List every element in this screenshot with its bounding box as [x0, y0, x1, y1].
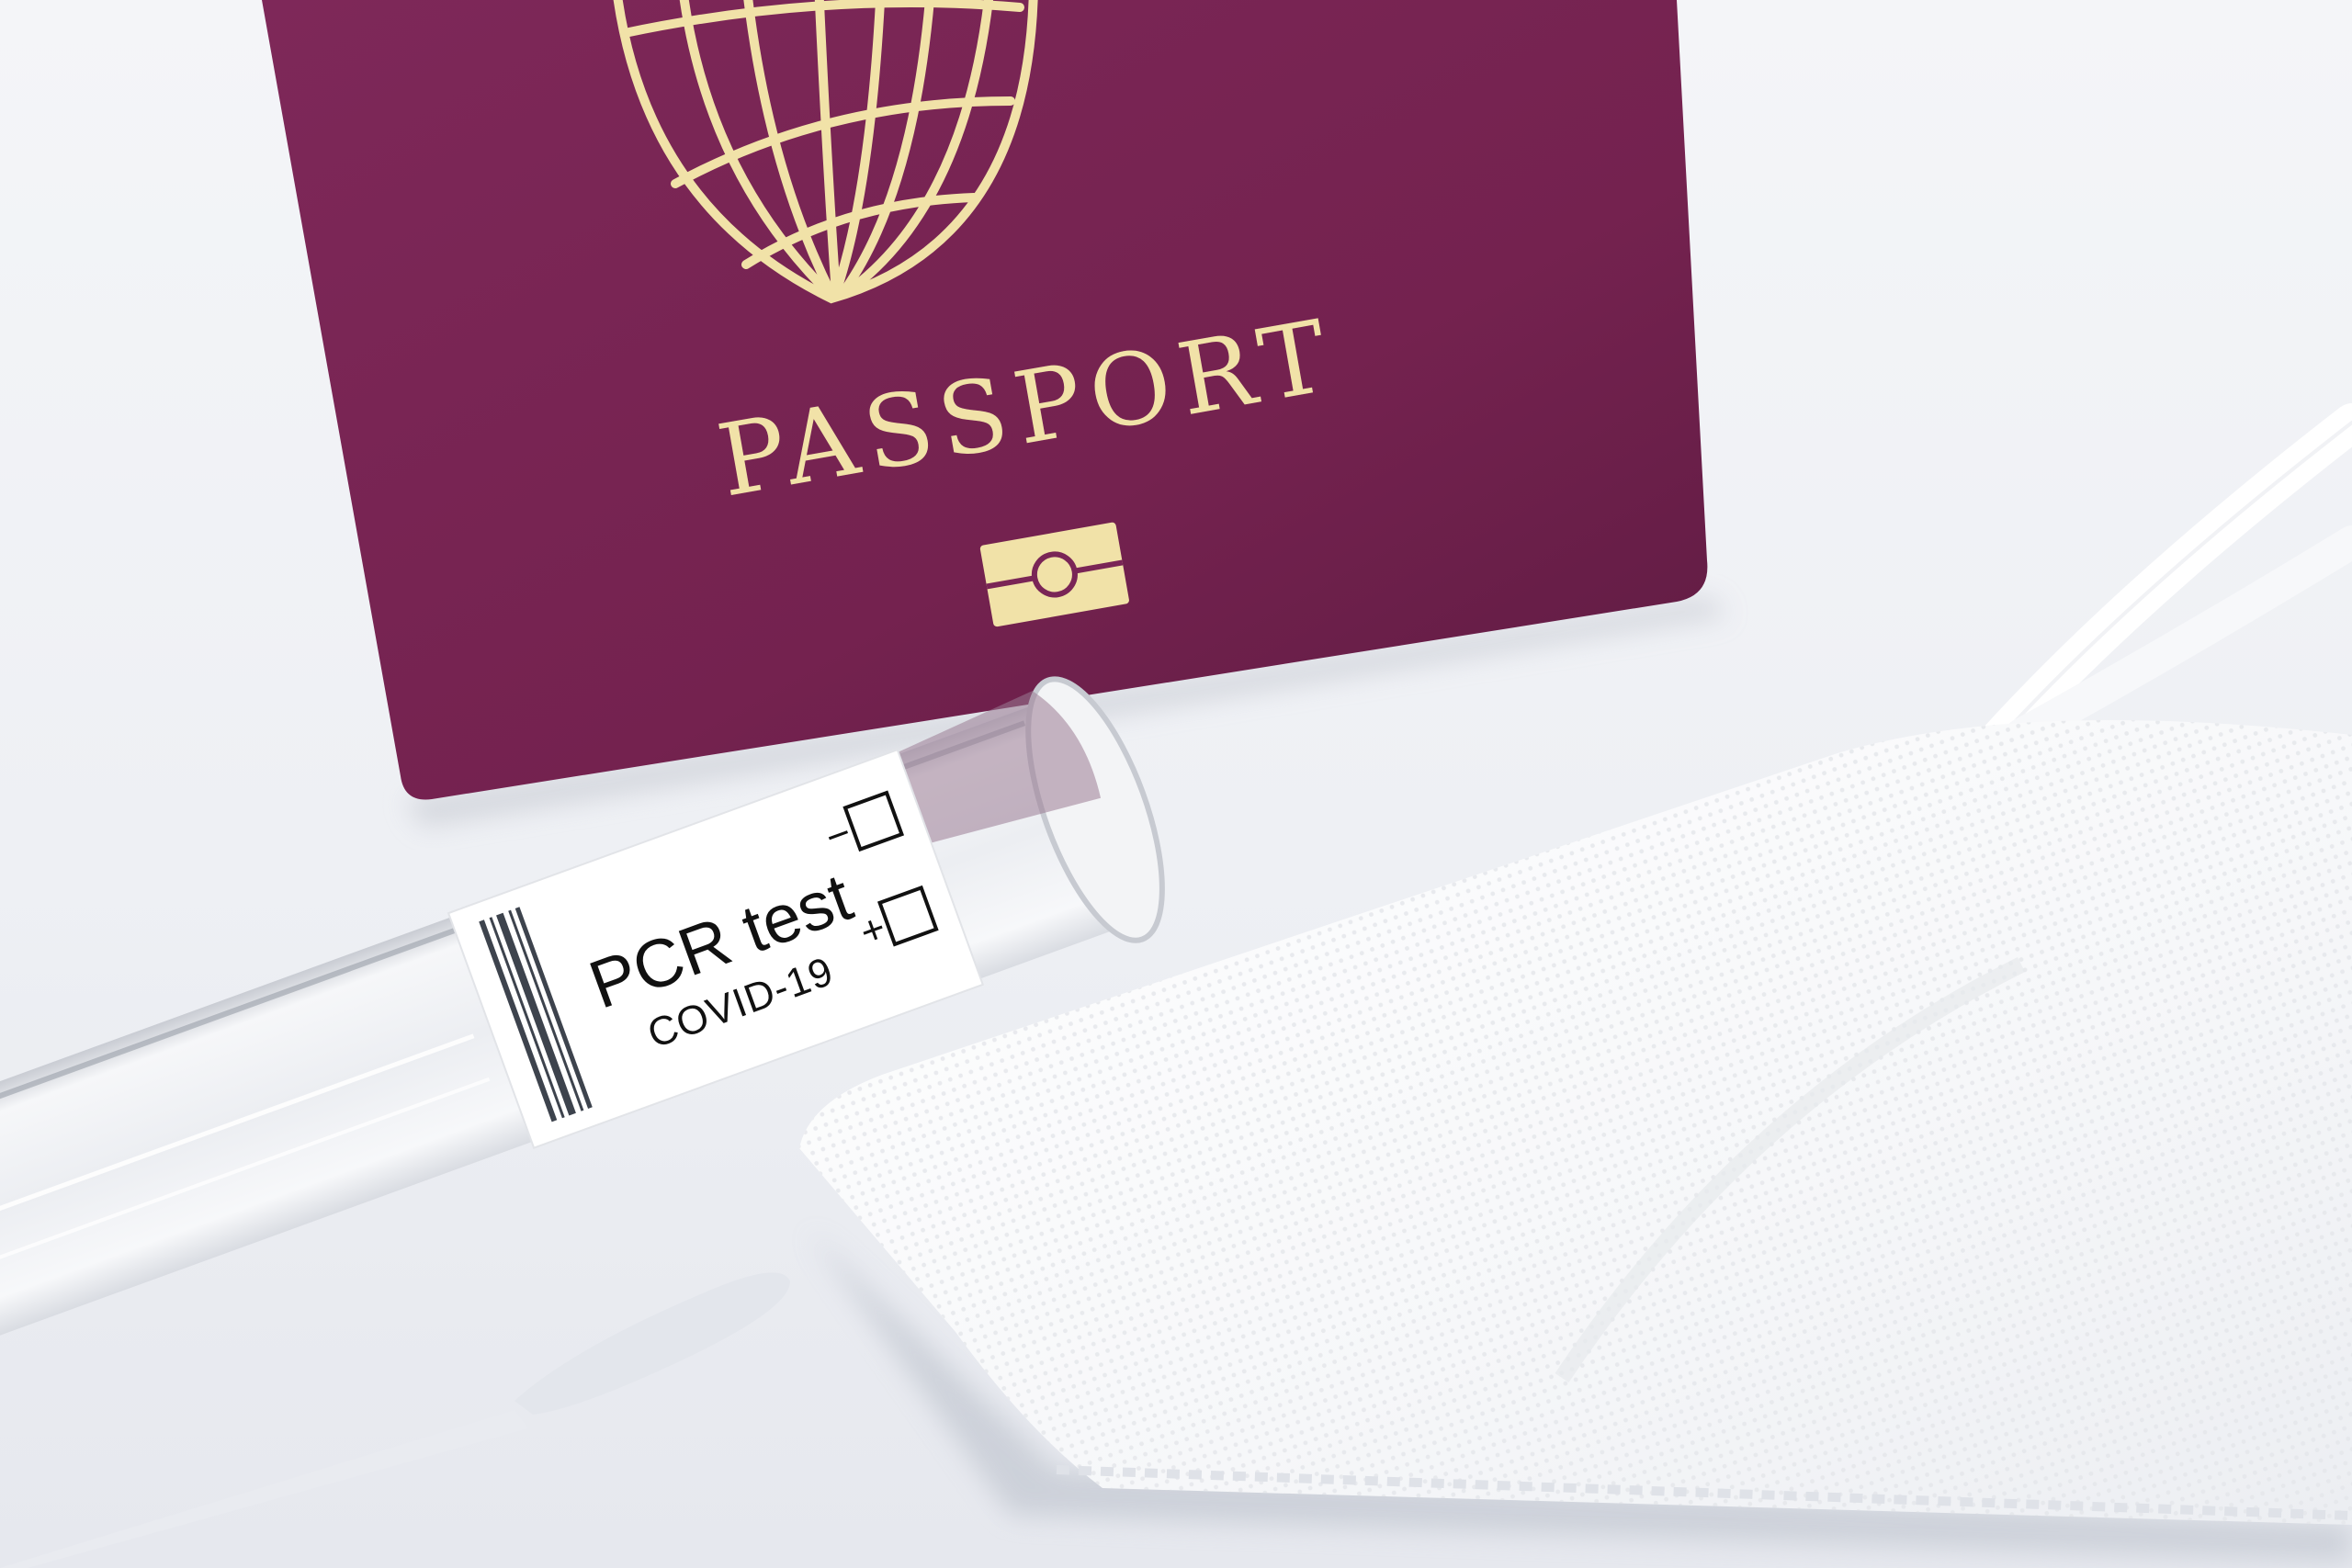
- photo-scene: PASSPORT: [0, 0, 2352, 1568]
